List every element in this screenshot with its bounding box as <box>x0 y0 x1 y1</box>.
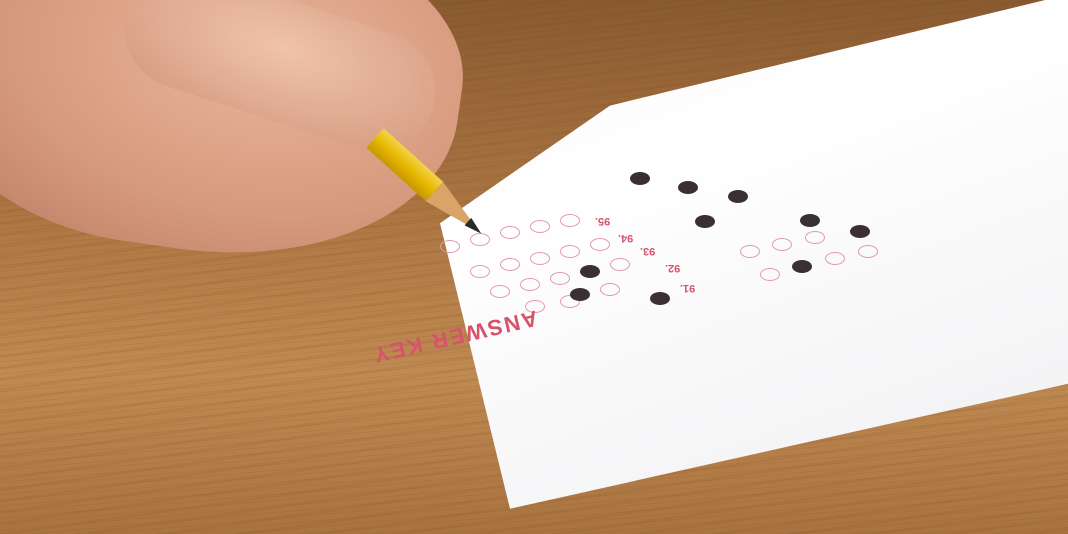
question-number: 94. <box>618 232 633 244</box>
bubble <box>500 226 520 239</box>
bubble-filled <box>728 190 748 203</box>
bubble <box>440 240 460 253</box>
bubble <box>520 278 540 291</box>
bubble <box>610 258 630 271</box>
question-number: 91. <box>680 282 695 294</box>
bubble <box>760 268 780 281</box>
bubble-filled <box>695 215 715 228</box>
bubble-filled <box>630 172 650 185</box>
bubble <box>490 285 510 298</box>
bubble <box>772 238 792 251</box>
bubble <box>530 252 550 265</box>
answer-key-label: ANSWER KEY <box>369 305 540 368</box>
bubble <box>560 214 580 227</box>
bubble <box>805 231 825 244</box>
bubble <box>530 220 550 233</box>
bubble-filled <box>650 292 670 305</box>
question-number: 93. <box>640 245 655 257</box>
photo-scene: 91. 92. 93. 94. 95. ANSWER KEY <box>0 0 1068 534</box>
bubble-filled <box>678 181 698 194</box>
bubble <box>825 252 845 265</box>
question-number: 95. <box>595 215 610 227</box>
question-number: 92. <box>665 262 680 274</box>
bubble-filled <box>850 225 870 238</box>
bubble-filled <box>792 260 812 273</box>
bubble <box>858 245 878 258</box>
bubble <box>470 265 490 278</box>
bubble <box>590 238 610 251</box>
bubble-filled <box>800 214 820 227</box>
bubble <box>550 272 570 285</box>
bubble-filled <box>570 288 590 301</box>
bubble <box>500 258 520 271</box>
bubble <box>740 245 760 258</box>
bubble <box>560 245 580 258</box>
bubble-filled <box>580 265 600 278</box>
bubble <box>600 283 620 296</box>
